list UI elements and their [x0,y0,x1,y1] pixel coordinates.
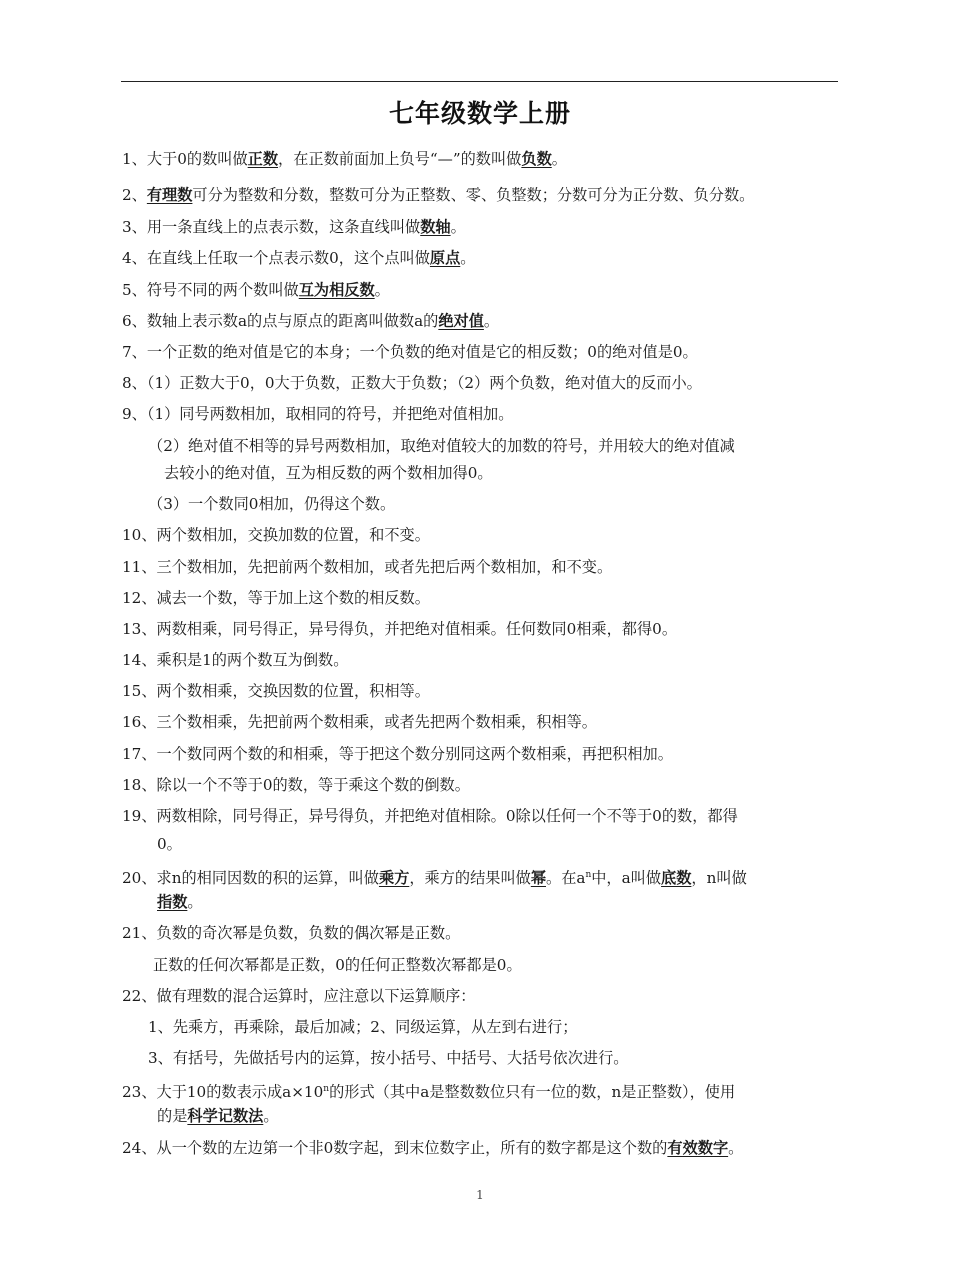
item-number: 24、 [122,1139,157,1157]
list-item-7: 7、一个正数的绝对值是它的本身；一个负数的绝对值是它的相反数；0的绝对值是0。 [122,342,698,362]
item-number: 8、 [122,374,147,392]
item-number: 22、 [122,987,157,1005]
list-item-23: 23、大于10的数表示成a×10n的形式（其中a是整数数位只有一位的数，n是正整… [122,1079,735,1102]
list-item-21: 21、负数的奇次幂是负数，负数的偶次幂是正数。 [122,923,460,943]
item-text: 。 [187,893,202,911]
item-text: 。 [263,1107,278,1125]
item-number: 9、 [122,405,147,423]
item-text: 一个数同两个数的和相乘，等于把这个数分别同这两个数相乘，再把积相加。 [157,745,673,763]
key-term: 有效数字 [667,1139,728,1157]
item-text: 。 [728,1139,743,1157]
item-text: 大于10的数表示成a×10 [157,1083,324,1101]
item-text: 做有理数的混合运算时，应注意以下运算顺序： [157,987,476,1005]
item-number: 17、 [122,745,157,763]
item-text: 中，a叫做 [591,869,661,887]
key-term: 原点 [430,249,460,267]
list-item-24: 24、从一个数的左边第一个非0数字起，到末位数字止，所有的数字都是这个数的有效数… [122,1138,743,1158]
item-number: 14、 [122,651,157,669]
key-term: 幂 [531,869,546,887]
list-item-11: 11、三个数相加，先把前两个数相加，或者先把后两个数相加，和不变。 [122,557,612,577]
page-title: 七年级数学上册 [0,94,960,130]
item-text: 三个数相加，先把前两个数相加，或者先把后两个数相加，和不变。 [157,558,613,576]
item-text: 大于0的数叫做 [147,150,248,168]
list-item-20-cont: 指数。 [157,892,203,912]
page-number: 1 [0,1188,960,1202]
item-number: 4、 [122,249,147,267]
list-item-22: 22、做有理数的混合运算时，应注意以下运算顺序： [122,986,475,1006]
list-item-5: 5、符号不同的两个数叫做互为相反数。 [122,280,390,300]
item-number: 7、 [122,343,147,361]
item-text: 两个数相乘，交换因数的位置，积相等。 [157,682,430,700]
key-term: 底数 [661,869,691,887]
list-item-13: 13、两数相乘，同号得正，异号得负，并把绝对值相乘。任何数同0相乘，都得0。 [122,619,677,639]
item-text: 。 [460,249,475,267]
item-text: 。 [451,218,466,236]
item-text: 。 [484,312,499,330]
list-item-19-cont: 0。 [157,834,182,854]
item-number: 2、 [122,186,147,204]
list-item-9: 9、（1）同号两数相加，取相同的符号，并把绝对值相加。 [122,404,513,424]
list-item-4: 4、在直线上任取一个点表示数0，这个点叫做原点。 [122,248,475,268]
key-term: 负数 [521,150,551,168]
key-term: 互为相反数 [299,281,375,299]
key-term: 有理数 [147,186,193,204]
list-item-1: 1、大于0的数叫做正数，在正数前面加上负号“—”的数叫做负数。 [122,149,567,169]
list-item-9-sub-3: （3）一个数同0相加，仍得这个数。 [148,494,395,514]
item-text: 。在a [546,869,585,887]
list-item-6: 6、数轴上表示数a的点与原点的距离叫做数a的绝对值。 [122,311,499,331]
key-term: 绝对值 [438,312,484,330]
list-item-16: 16、三个数相乘，先把前两个数相乘，或者先把两个数相乘，积相等。 [122,712,597,732]
item-text: ，乘方的结果叫做 [409,869,531,887]
key-term: 科学记数法 [187,1107,263,1125]
list-item-18: 18、除以一个不等于0的数，等于乘这个数的倒数。 [122,775,470,795]
list-item-12: 12、减去一个数，等于加上这个数的相反数。 [122,588,430,608]
key-term: 乘方 [379,869,409,887]
item-text: 三个数相乘，先把前两个数相乘，或者先把两个数相乘，积相等。 [157,713,597,731]
item-text: 一个正数的绝对值是它的本身；一个负数的绝对值是它的相反数；0的绝对值是0。 [147,343,698,361]
item-text: 。 [552,150,567,168]
item-text: （1）同号两数相加，取相同的符号，并把绝对值相加。 [147,405,514,423]
list-item-15: 15、两个数相乘，交换因数的位置，积相等。 [122,681,430,701]
item-text: 在直线上任取一个点表示数0，这个点叫做 [147,249,430,267]
item-text: 减去一个数，等于加上这个数的相反数。 [157,589,430,607]
list-item-9-sub-2-cont: 去较小的绝对值，互为相反数的两个数相加得0。 [164,463,493,483]
item-number: 12、 [122,589,157,607]
list-item-3: 3、用一条直线上的点表示数，这条直线叫做数轴。 [122,217,466,237]
item-text: 求n的相同因数的积的运算，叫做 [157,869,379,887]
list-item-20: 20、求n的相同因数的积的运算，叫做乘方，乘方的结果叫做幂。在an中，a叫做底数… [122,865,747,888]
item-number: 10、 [122,526,157,544]
item-number: 13、 [122,620,157,638]
item-number: 20、 [122,869,157,887]
key-term: 数轴 [420,218,450,236]
item-text: 两数相除，同号得正，异号得负，并把绝对值相除。0除以任何一个不等于0的数，都得 [157,807,738,825]
item-number: 3、 [122,218,147,236]
item-text: 从一个数的左边第一个非0数字起，到末位数字止，所有的数字都是这个数的 [157,1139,668,1157]
list-item-17: 17、一个数同两个数的和相乘，等于把这个数分别同这两个数相乘，再把积相加。 [122,744,673,764]
item-text: 两数相乘，同号得正，异号得负，并把绝对值相乘。任何数同0相乘，都得0。 [157,620,678,638]
item-text: 的形式（其中a是整数数位只有一位的数，n是正整数），使用 [329,1083,735,1101]
item-number: 6、 [122,312,147,330]
item-text: 可分为整数和分数，整数可分为正整数、零、负整数；分数可分为正分数、负分数。 [192,186,754,204]
item-number: 16、 [122,713,157,731]
item-text: 用一条直线上的点表示数，这条直线叫做 [147,218,420,236]
item-number: 21、 [122,924,157,942]
item-number: 11、 [122,558,157,576]
item-number: 18、 [122,776,157,794]
key-term: 指数 [157,893,187,911]
item-text: 符号不同的两个数叫做 [147,281,299,299]
item-text: 乘积是1的两个数互为倒数。 [157,651,349,669]
item-text: 。 [375,281,390,299]
item-number: 19、 [122,807,157,825]
list-item-22-sub-2: 3、有括号，先做括号内的运算，按小括号、中括号、大括号依次进行。 [148,1048,628,1068]
item-text: 除以一个不等于0的数，等于乘这个数的倒数。 [157,776,470,794]
key-term: 正数 [248,150,278,168]
list-item-19: 19、两数相除，同号得正，异号得负，并把绝对值相除。0除以任何一个不等于0的数，… [122,806,738,826]
item-text: 两个数相加，交换加数的位置，和不变。 [157,526,430,544]
list-item-2: 2、有理数可分为整数和分数，整数可分为正整数、零、负整数；分数可分为正分数、负分… [122,185,754,205]
item-number: 5、 [122,281,147,299]
list-item-10: 10、两个数相加，交换加数的位置，和不变。 [122,525,430,545]
item-text: （1）正数大于0，0大于负数，正数大于负数；（2）两个负数，绝对值大的反而小。 [147,374,702,392]
item-text: ，在正数前面加上负号“—”的数叫做 [278,150,521,168]
list-item-22-sub-1: 1、先乘方，再乘除，最后加减；2、同级运算，从左到右进行； [148,1017,577,1037]
item-text: ，n叫做 [691,869,746,887]
item-number: 1、 [122,150,147,168]
item-text: 数轴上表示数a的点与原点的距离叫做数a的 [147,312,438,330]
list-item-23-cont: 的是科学记数法。 [157,1106,279,1126]
header-rule [121,81,838,82]
item-number: 23、 [122,1083,157,1101]
item-text: 负数的奇次幂是负数，负数的偶次幂是正数。 [157,924,461,942]
item-text: 的是 [157,1107,187,1125]
list-item-21-cont: 正数的任何次幂都是正数，0的任何正整数次幂都是0。 [153,955,522,975]
item-number: 15、 [122,682,157,700]
list-item-9-sub-2: （2）绝对值不相等的异号两数相加，取绝对值较大的加数的符号，并用较大的绝对值减 [148,436,735,456]
list-item-14: 14、乘积是1的两个数互为倒数。 [122,650,348,670]
list-item-8: 8、（1）正数大于0，0大于负数，正数大于负数；（2）两个负数，绝对值大的反而小… [122,373,702,393]
